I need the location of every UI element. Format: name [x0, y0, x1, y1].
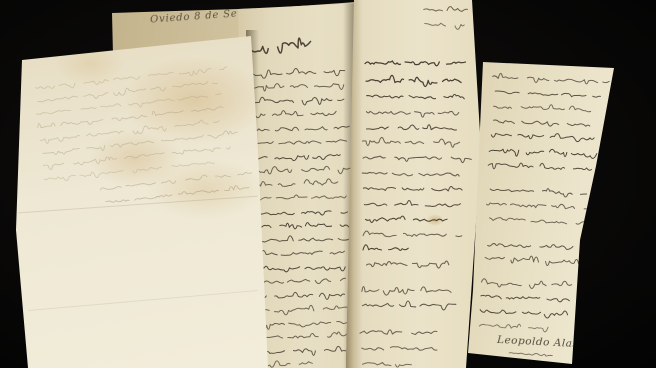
letters-photo: Oviedo 8 de Setiembre Leopoldo Alas [0, 0, 656, 368]
